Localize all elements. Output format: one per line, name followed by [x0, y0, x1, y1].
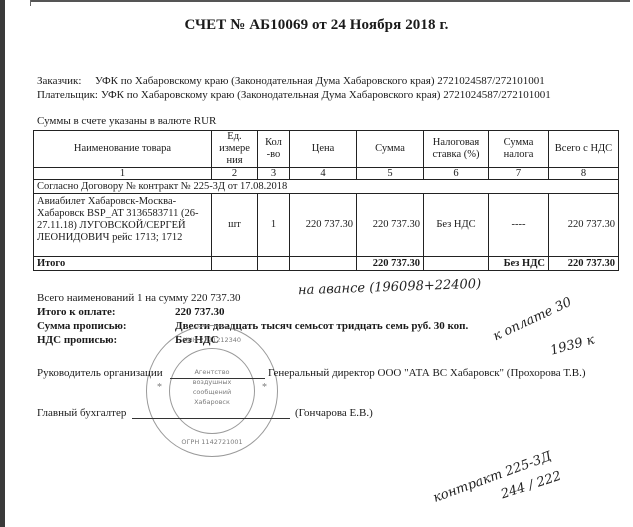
- col-number: 3: [258, 168, 290, 180]
- table-row: Авиабилет Хабаровск-Москва-Хабаровск BSP…: [34, 194, 619, 257]
- total-tax-sum: Без НДС: [489, 257, 549, 271]
- contract-row: Согласно Договору № контракт № 225-3Д от…: [34, 180, 619, 194]
- col-header-qty: Кол -во: [258, 131, 290, 168]
- col-header-total: Всего с НДС: [549, 131, 619, 168]
- item-sum: 220 737.30: [357, 194, 424, 257]
- col-header-tax-sum: Сумма налога: [489, 131, 549, 168]
- total-label: Итого: [34, 257, 212, 271]
- total-empty: [290, 257, 357, 271]
- accountant-name: (Гончарова Е.В.): [295, 407, 373, 419]
- col-number: 8: [549, 168, 619, 180]
- items-count-line: Всего наименований 1 на сумму 220 737.30: [37, 292, 240, 304]
- total-empty: [424, 257, 489, 271]
- table-header-row: Наименование товара Ед. измере ния Кол -…: [34, 131, 619, 168]
- col-header-unit: Ед. измере ния: [212, 131, 258, 168]
- col-number: 7: [489, 168, 549, 180]
- item-name: Авиабилет Хабаровск-Москва-Хабаровск BSP…: [34, 194, 212, 257]
- item-tax-rate: Без НДС: [424, 194, 489, 257]
- customer-label: Заказчик:: [37, 75, 95, 87]
- stamp-line: воздушных: [147, 378, 277, 387]
- total-empty: [212, 257, 258, 271]
- head-name: Генеральный директор ООО "АТА ВС Хабаров…: [268, 367, 586, 379]
- item-total: 220 737.30: [549, 194, 619, 257]
- total-row: Итого 220 737.30 Без НДС 220 737.30: [34, 257, 619, 271]
- item-unit: шт: [212, 194, 258, 257]
- in-words-line: Сумма прописью: Двести двадцать тысяч се…: [37, 320, 127, 332]
- scan-edge: [0, 0, 5, 527]
- col-header-tax-rate: Налоговая ставка (%): [424, 131, 489, 168]
- vat-words-line: НДС прописью: Без НДС: [37, 334, 117, 346]
- stamp-star-icon: *: [157, 382, 162, 393]
- col-number: 5: [357, 168, 424, 180]
- head-label: Руководитель организации: [37, 367, 163, 379]
- currency-note: Суммы в счете указаны в валюте RUR: [37, 115, 216, 127]
- invoice-title: СЧЕТ № АБ10069 от 24 Ноября 2018 г.: [0, 17, 633, 34]
- stamp-line: сообщений: [147, 388, 277, 397]
- col-number: 2: [212, 168, 258, 180]
- stamp-line: Хабаровск: [147, 398, 277, 407]
- stamp-star-icon: *: [262, 382, 267, 393]
- total-sum: 220 737.30: [357, 257, 424, 271]
- total-grand: 220 737.30: [549, 257, 619, 271]
- total-empty: [258, 257, 290, 271]
- vat-words-label: НДС прописью:: [37, 334, 117, 346]
- stamp-inn: ИНН 2721212340: [147, 336, 277, 345]
- items-table: Наименование товара Ед. измере ния Кол -…: [33, 130, 619, 271]
- item-qty: 1: [258, 194, 290, 257]
- accountant-label: Главный бухгалтер: [37, 407, 126, 419]
- item-price: 220 737.30: [290, 194, 357, 257]
- stamp-ogrn: ОГРН 1142721001: [147, 438, 277, 447]
- handwritten-to-pay-note: к оплате 30: [491, 295, 574, 344]
- col-header-sum: Сумма: [357, 131, 424, 168]
- col-header-name: Наименование товара: [34, 131, 212, 168]
- top-border-tick: [30, 0, 31, 6]
- accountant-signature-line: [132, 418, 290, 419]
- customer-value: УФК по Хабаровскому краю (Законодательна…: [95, 75, 545, 87]
- payer-line: Плательщик:УФК по Хабаровскому краю (Зак…: [37, 89, 551, 101]
- handwritten-advance-note: на авансе (196098+22400): [298, 277, 482, 298]
- to-pay-value: 220 737.30: [175, 306, 225, 318]
- in-words-label: Сумма прописью:: [37, 320, 127, 332]
- col-header-price: Цена: [290, 131, 357, 168]
- contract-reference: Согласно Договору № контракт № 225-3Д от…: [34, 180, 619, 194]
- handwritten-to-pay-amount: 1939 к: [549, 332, 596, 358]
- column-number-row: 1 2 3 4 5 6 7 8: [34, 168, 619, 180]
- col-number: 4: [290, 168, 357, 180]
- item-tax-sum: ----: [489, 194, 549, 257]
- head-signature-line: [170, 378, 265, 379]
- to-pay-line: Итого к оплате: 220 737.30: [37, 306, 116, 318]
- col-number: 6: [424, 168, 489, 180]
- to-pay-label: Итого к оплате:: [37, 306, 116, 318]
- stamp-line: Агентство: [147, 368, 277, 377]
- col-number: 1: [34, 168, 212, 180]
- customer-line: Заказчик:УФК по Хабаровскому краю (Закон…: [37, 75, 545, 87]
- payer-label: Плательщик:: [37, 89, 98, 101]
- payer-value: УФК по Хабаровскому краю (Законодательна…: [101, 89, 551, 101]
- top-border-line: [30, 0, 630, 2]
- company-stamp: ИНН 2721212340 Агентство воздушных сообщ…: [146, 325, 278, 457]
